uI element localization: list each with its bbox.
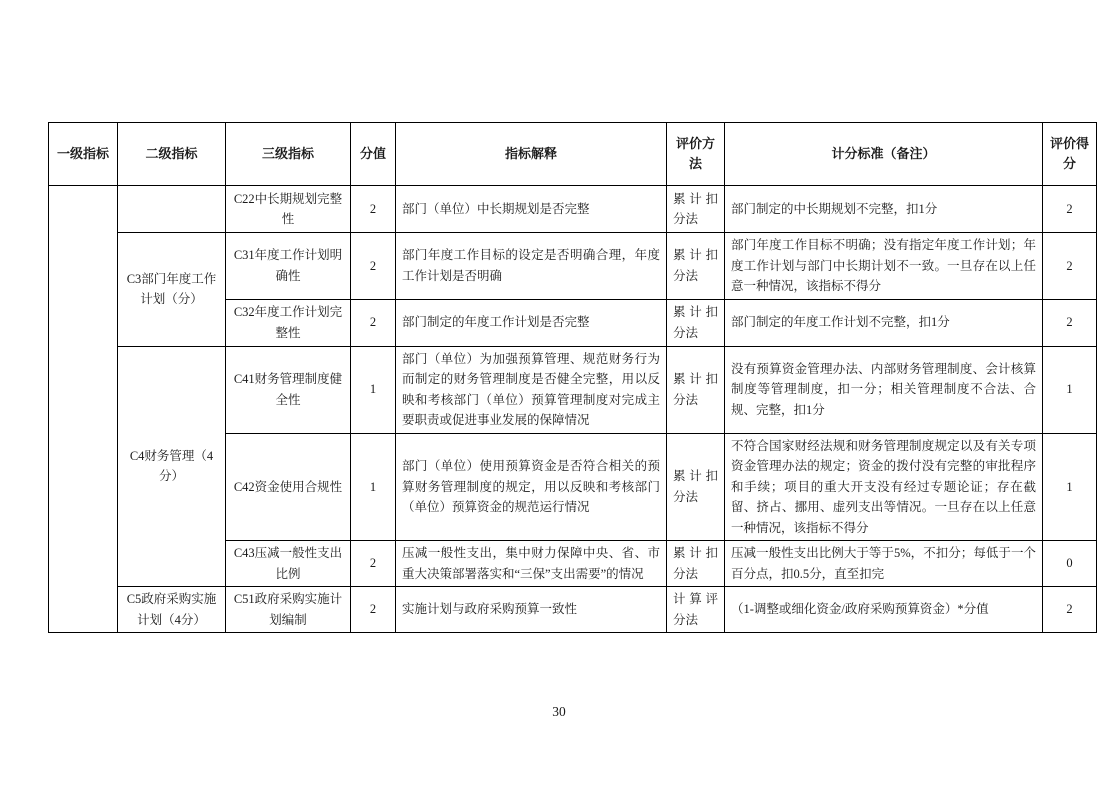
level1-cell — [49, 186, 118, 633]
level3-cell: C42资金使用合规性 — [226, 433, 351, 541]
method-cell: 累计扣分法 — [667, 346, 725, 433]
level3-cell: C31年度工作计划明确性 — [226, 233, 351, 300]
value-cell: 2 — [351, 587, 396, 633]
table-row: C3部门年度工作计划（分） C31年度工作计划明确性 2 部门年度工作目标的设定… — [49, 233, 1097, 300]
level2-cell: C4财务管理（4分） — [118, 346, 226, 587]
method-cell: 累计扣分法 — [667, 233, 725, 300]
method-cell: 累计扣分法 — [667, 541, 725, 587]
method-cell: 累计扣分法 — [667, 433, 725, 541]
header-value: 分值 — [351, 123, 396, 186]
method-cell: 计算评分法 — [667, 587, 725, 633]
level3-cell: C22中长期规划完整性 — [226, 186, 351, 233]
explanation-cell: 部门制定的年度工作计划是否完整 — [396, 299, 667, 346]
table-row: C5政府采购实施计划（4分） C51政府采购实施计划编制 2 实施计划与政府采购… — [49, 587, 1097, 633]
score-cell: 2 — [1043, 186, 1097, 233]
value-cell: 2 — [351, 299, 396, 346]
document-page: 一级指标 二级指标 三级指标 分值 指标解释 评价方法 计分标准（备注） 评价得… — [0, 0, 1118, 790]
score-cell: 0 — [1043, 541, 1097, 587]
explanation-cell: 压减一般性支出，集中财力保障中央、省、市重大决策部署落实和“三保”支出需要”的情… — [396, 541, 667, 587]
level3-cell: C32年度工作计划完整性 — [226, 299, 351, 346]
criteria-cell: 没有预算资金管理办法、内部财务管理制度、会计核算制度等管理制度，扣一分；相关管理… — [725, 346, 1043, 433]
value-cell: 2 — [351, 186, 396, 233]
page-number: 30 — [0, 704, 1118, 720]
header-score: 评价得分 — [1043, 123, 1097, 186]
table-row: C22中长期规划完整性 2 部门（单位）中长期规划是否完整 累计扣分法 部门制定… — [49, 186, 1097, 233]
explanation-cell: 部门（单位）为加强预算管理、规范财务行为而制定的财务管理制度是否健全完整，用以反… — [396, 346, 667, 433]
value-cell: 1 — [351, 433, 396, 541]
header-level1: 一级指标 — [49, 123, 118, 186]
criteria-cell: 部门年度工作目标不明确；没有指定年度工作计划；年度工作计划与部门中长期计划不一致… — [725, 233, 1043, 300]
score-cell: 2 — [1043, 233, 1097, 300]
value-cell: 2 — [351, 233, 396, 300]
score-cell: 2 — [1043, 299, 1097, 346]
table-row: C4财务管理（4分） C41财务管理制度健全性 1 部门（单位）为加强预算管理、… — [49, 346, 1097, 433]
criteria-cell: 部门制定的年度工作计划不完整，扣1分 — [725, 299, 1043, 346]
explanation-cell: 部门（单位）中长期规划是否完整 — [396, 186, 667, 233]
score-cell: 2 — [1043, 587, 1097, 633]
criteria-cell: （1-调整或细化资金/政府采购预算资金）*分值 — [725, 587, 1043, 633]
criteria-cell: 部门制定的中长期规划不完整，扣1分 — [725, 186, 1043, 233]
level3-cell: C51政府采购实施计划编制 — [226, 587, 351, 633]
explanation-cell: 部门年度工作目标的设定是否明确合理，年度工作计划是否明确 — [396, 233, 667, 300]
level2-cell: C5政府采购实施计划（4分） — [118, 587, 226, 633]
header-level2: 二级指标 — [118, 123, 226, 186]
header-criteria: 计分标准（备注） — [725, 123, 1043, 186]
explanation-cell: 实施计划与政府采购预算一致性 — [396, 587, 667, 633]
level2-cell — [118, 186, 226, 233]
indicator-table: 一级指标 二级指标 三级指标 分值 指标解释 评价方法 计分标准（备注） 评价得… — [48, 122, 1097, 633]
level3-cell: C41财务管理制度健全性 — [226, 346, 351, 433]
explanation-cell: 部门（单位）使用预算资金是否符合相关的预算财务管理制度的规定，用以反映和考核部门… — [396, 433, 667, 541]
criteria-cell: 不符合国家财经法规和财务管理制度规定以及有关专项资金管理办法的规定；资金的拨付没… — [725, 433, 1043, 541]
score-cell: 1 — [1043, 433, 1097, 541]
criteria-cell: 压减一般性支出比例大于等于5%，不扣分；每低于一个百分点，扣0.5分，直至扣完 — [725, 541, 1043, 587]
value-cell: 1 — [351, 346, 396, 433]
method-cell: 累计扣分法 — [667, 299, 725, 346]
header-method: 评价方法 — [667, 123, 725, 186]
header-level3: 三级指标 — [226, 123, 351, 186]
value-cell: 2 — [351, 541, 396, 587]
header-explanation: 指标解释 — [396, 123, 667, 186]
score-cell: 1 — [1043, 346, 1097, 433]
method-cell: 累计扣分法 — [667, 186, 725, 233]
level2-cell: C3部门年度工作计划（分） — [118, 233, 226, 347]
table-header-row: 一级指标 二级指标 三级指标 分值 指标解释 评价方法 计分标准（备注） 评价得… — [49, 123, 1097, 186]
level3-cell: C43压减一般性支出比例 — [226, 541, 351, 587]
